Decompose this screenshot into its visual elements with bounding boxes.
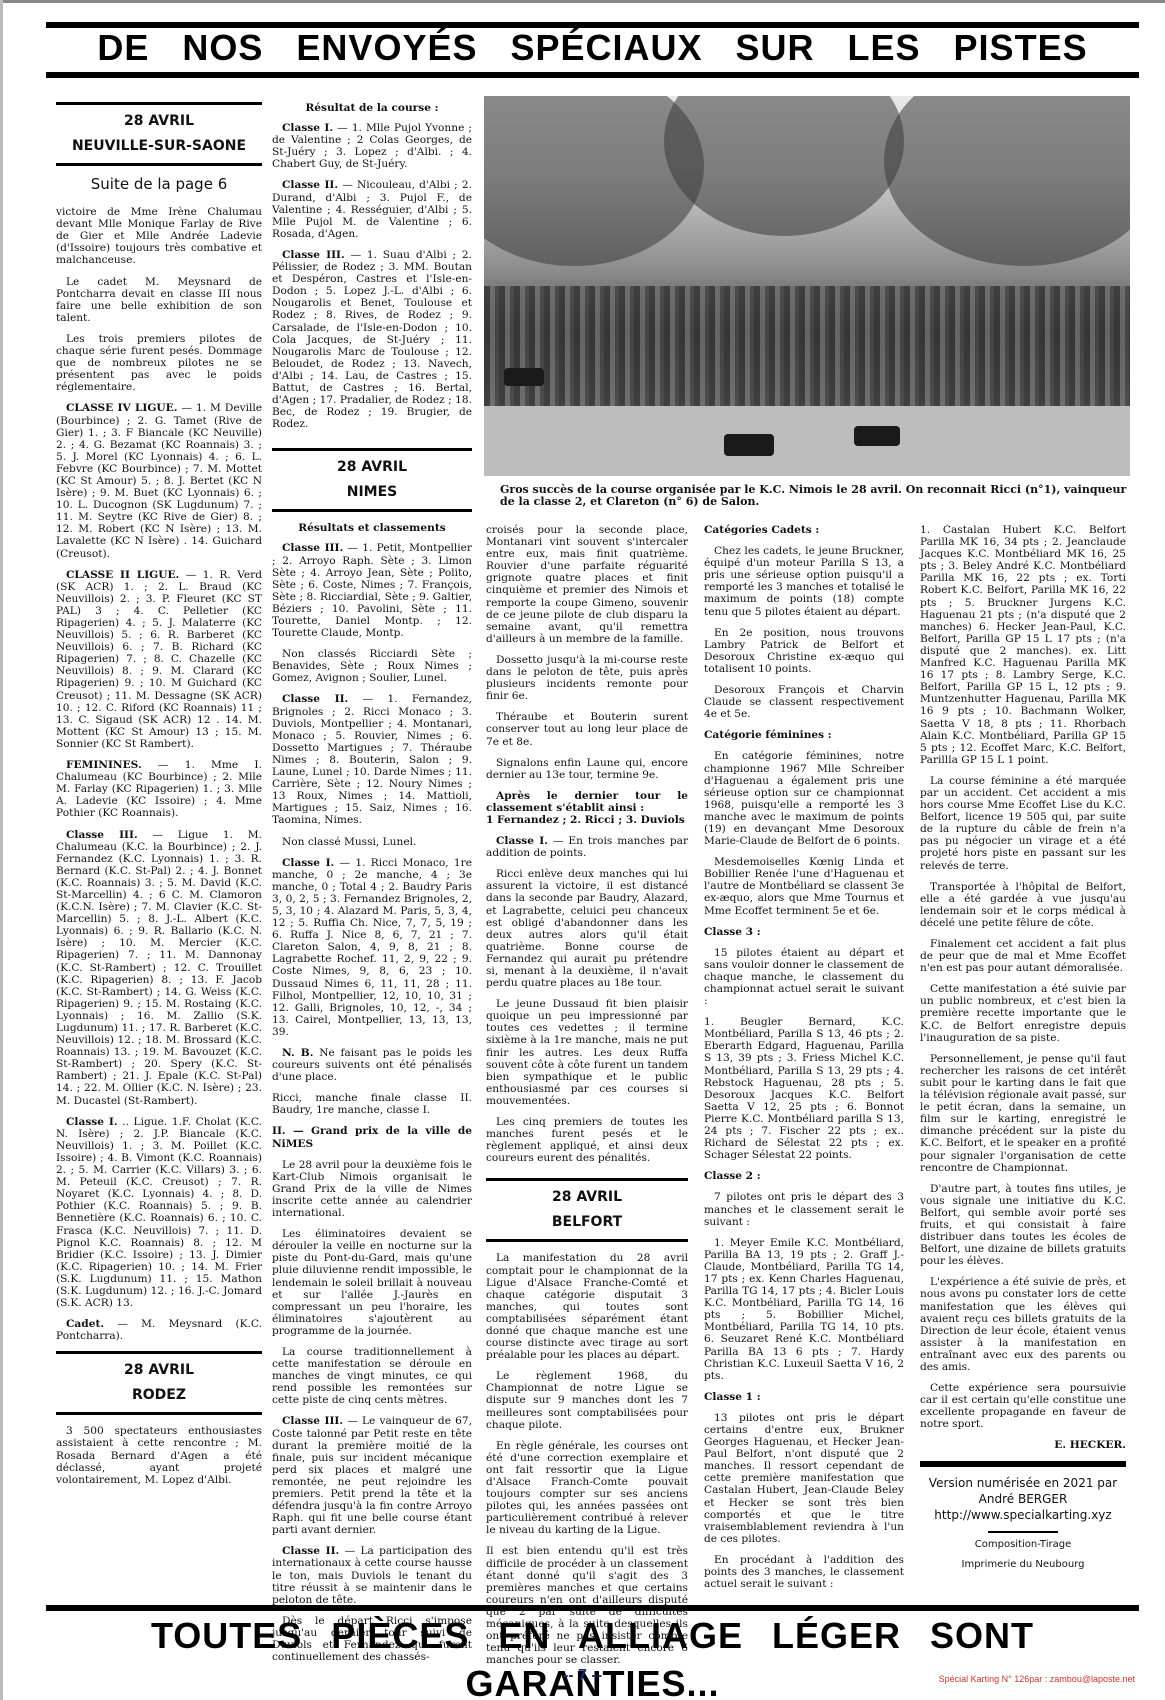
paragraph: 3 500 spectateurs enthousiastes assistai… bbox=[56, 1425, 262, 1485]
subheading-grand-prix: II. — Grand prix de la ville de NiMES bbox=[272, 1125, 472, 1149]
paragraph: Cette manifestation a été suivie par un … bbox=[920, 983, 1126, 1043]
track bbox=[484, 406, 1130, 476]
paragraph: En catégorie féminines, notre championne… bbox=[704, 750, 904, 847]
paragraph: victoire de Mme Irène Chalumau devant Ml… bbox=[56, 206, 262, 266]
kart bbox=[724, 434, 774, 456]
kart bbox=[504, 368, 544, 386]
results-classe-3: 1. Beugler Bernard, K.C. Montbéliard, Pa… bbox=[704, 1016, 904, 1161]
section-place: BELFORT bbox=[486, 1210, 688, 1235]
paragraph: Mesdemoiselles Kœnig Linda et Bobillier … bbox=[704, 856, 904, 916]
paragraph: 15 pilotes étaient au départ et sans vou… bbox=[704, 947, 904, 1007]
paragraph: Non classés Ricciardi Sète ; Benavides, … bbox=[272, 648, 472, 684]
results-feminines: FEMININES. — 1. Mme I. Chalumeau (KC Bou… bbox=[56, 759, 262, 819]
results-classe-1: 1. Castalan Hubert K.C. Belfort Parilla … bbox=[920, 524, 1126, 766]
paragraph: Classe III. — Le vainqueur de 67, Coste … bbox=[272, 1415, 472, 1536]
footer-note: Spécial Karting N° 126par : zambou@lapos… bbox=[939, 1674, 1135, 1684]
paragraph: Dossetto jusqu'à la mi-course reste dans… bbox=[486, 654, 688, 702]
paragraph: En 2e position, nous trouvons Lambry Pat… bbox=[704, 627, 904, 675]
subheading-classe-1: Classe 1 : bbox=[704, 1391, 904, 1403]
subheading-feminines: Catégorie féminines : bbox=[704, 729, 904, 741]
paragraph: Ricci, manche finale classe II. Baudry, … bbox=[272, 1092, 472, 1116]
paragraph: Après le dernier tour le classement s'ét… bbox=[486, 790, 688, 814]
paragraph: D'autre part, à toutes fins utiles, je v… bbox=[920, 1183, 1126, 1268]
paragraph: 7 pilotes ont pris le départ des 3 manch… bbox=[704, 1191, 904, 1227]
paragraph: La course féminine a été marquée par un … bbox=[920, 775, 1126, 872]
results-nimes-classe-ii: Classe II. — 1. Fernandez, Brignoles ; 2… bbox=[272, 693, 472, 826]
results-classe-i: Classe I. .. Ligue. 1.F. Cholat (K.C. N.… bbox=[56, 1116, 262, 1310]
section-place: RODEZ bbox=[56, 1383, 262, 1408]
paragraph: En règle générale, les courses ont été d… bbox=[486, 1440, 688, 1537]
paragraph: 13 pilotes ont pris le départ certains d… bbox=[704, 1412, 904, 1545]
divider bbox=[988, 1531, 1058, 1533]
page-title: DE NOS ENVOYÉS SPÉCIAUX SUR LES PISTES bbox=[46, 24, 1139, 72]
section-date: 28 AVRIL bbox=[56, 1358, 262, 1383]
column-5: 1. Castalan Hubert K.C. Belfort Parilla … bbox=[920, 524, 1126, 1575]
results-cadet: Cadet. — M. Meysnard (K.C. Pontcharra). bbox=[56, 1318, 262, 1342]
printer-name: Imprimerie du Neubourg bbox=[920, 1555, 1126, 1575]
results-classe-iv: CLASSE IV LIGUE. — 1. M Deville (Bourbin… bbox=[56, 402, 262, 559]
paragraph: En procédant à l'addition des points des… bbox=[704, 1554, 904, 1590]
paragraph: Chez les cadets, le jeune Bruckner, équi… bbox=[704, 545, 904, 618]
paragraph: Cette expérience sera poursuivie car il … bbox=[920, 1382, 1126, 1430]
paragraph: Non classé Mussi, Lunel. bbox=[272, 836, 472, 848]
note: N. B. Ne faisant pas le poids les coureu… bbox=[272, 1047, 472, 1083]
paragraph: Signalons enfin Laune qui, encore dernie… bbox=[486, 757, 688, 781]
page-frame-top bbox=[0, 0, 1165, 3]
results-nimes-classe-i: Classe I. — 1. Ricci Monaco, 1re manche,… bbox=[272, 857, 472, 1038]
results-classe-2: 1. Meyer Emile K.C. Montbéliard, Parilla… bbox=[704, 1237, 904, 1382]
paragraph: Classe II. — La participation des intern… bbox=[272, 1545, 472, 1605]
paragraph: Théraube et Bouterin surent conserver to… bbox=[486, 711, 688, 747]
printer-credit: Composition-Tirage bbox=[920, 1535, 1126, 1555]
footer-rule bbox=[46, 1605, 1139, 1611]
paragraph: Le cadet M. Meysnard de Pontcharra devai… bbox=[56, 276, 262, 324]
paragraph: Personnellement, je pense qu'il faut rec… bbox=[920, 1053, 1126, 1174]
section-heading-nimes: 28 AVRIL NIMES bbox=[272, 448, 472, 512]
credit-author: André BERGER bbox=[920, 1491, 1126, 1507]
paragraph: Les trois premiers pilotes de chaque sér… bbox=[56, 333, 262, 393]
section-heading-rodez: 28 AVRIL RODEZ bbox=[56, 1351, 262, 1415]
paragraph: Les cinq premiers de toutes les manches … bbox=[486, 1116, 688, 1164]
results-classe-ii: CLASSE II LIGUE. — 1. R. Verd (SK ACR) 1… bbox=[56, 569, 262, 750]
paragraph: Classe I. — En trois manches par additio… bbox=[486, 835, 688, 859]
paragraph: Le jeune Dussaud fit bien plaisir quoiqu… bbox=[486, 998, 688, 1107]
paragraph: L'expérience a été suivie de près, et no… bbox=[920, 1276, 1126, 1373]
race-photo bbox=[484, 96, 1130, 476]
tree-shape bbox=[884, 96, 1130, 266]
column-2: Résultat de la course : Classe I. — 1. M… bbox=[272, 96, 472, 1672]
paragraph: croisés pour la seconde place, Montanari… bbox=[486, 524, 688, 645]
author-signature: E. HECKER. bbox=[920, 1439, 1126, 1451]
crowd bbox=[484, 286, 1130, 406]
column-1: 28 AVRIL NEUVILLE-SUR-SAONE Suite de la … bbox=[56, 96, 262, 1495]
section-date: 28 AVRIL bbox=[56, 109, 262, 134]
subheading-classe-2: Classe 2 : bbox=[704, 1170, 904, 1182]
results-title: Résultats et classements bbox=[272, 522, 472, 534]
section-heading-belfort: 28 AVRIL BELFORT bbox=[486, 1178, 688, 1242]
paragraph: La course traditionnellement à cette man… bbox=[272, 1346, 472, 1406]
results-rodez-classe-i: Classe I. — 1. Mlle Pujol Yvonne ; de Va… bbox=[272, 122, 472, 170]
subheading-cadets: Catégories Cadets : bbox=[704, 524, 904, 536]
section-place: NEUVILLE-SUR-SAONE bbox=[56, 134, 262, 159]
section-date: 28 AVRIL bbox=[272, 455, 472, 480]
photo-caption: Gros succès de la course organisée par l… bbox=[500, 484, 1130, 508]
paragraph: Transportée à l'hôpital de Belfort, elle… bbox=[920, 881, 1126, 929]
paragraph: Les éliminatoires devaient se dérouler l… bbox=[272, 1228, 472, 1337]
column-4: Catégories Cadets : Chez les cadets, le … bbox=[704, 524, 904, 1599]
section-heading-neuville: 28 AVRIL NEUVILLE-SUR-SAONE bbox=[56, 102, 262, 166]
column-3: croisés pour la seconde place, Montanari… bbox=[486, 524, 688, 1675]
paragraph: Desoroux François et Charvin Claude se c… bbox=[704, 684, 904, 720]
results-nimes-classe-iii: Classe III. — 1. Petit, Montpellier ; 2.… bbox=[272, 542, 472, 639]
header-rule-bottom bbox=[46, 72, 1139, 78]
section-place: NIMES bbox=[272, 480, 472, 505]
kart bbox=[854, 426, 900, 446]
paragraph: Le 28 avril pour la deuxième fois le Kar… bbox=[272, 1159, 472, 1219]
tree-shape bbox=[664, 96, 904, 236]
results-rodez-classe-iii: Classe III. — 1. Suau d'Albi ; 2. Péliss… bbox=[272, 249, 472, 430]
credit-url[interactable]: http://www.specialkarting.xyz bbox=[920, 1507, 1126, 1523]
section-date: 28 AVRIL bbox=[486, 1185, 688, 1210]
continued-note: Suite de la page 6 bbox=[56, 178, 262, 190]
paragraph: Ricci enlève deux manches qui lui assure… bbox=[486, 868, 688, 989]
paragraph: Le règlement 1968, du Championnat de not… bbox=[486, 1370, 688, 1430]
paragraph: 1 Fernandez ; 2. Ricci ; 3. Duviols bbox=[486, 814, 688, 826]
credit-line: Version numérisée en 2021 par bbox=[920, 1475, 1126, 1491]
footer-slogan: TOUTES PIÈCES EN ALLIAGE LÉGER SONT GARA… bbox=[46, 1612, 1139, 1700]
subheading-classe-3: Classe 3 : bbox=[704, 926, 904, 938]
paragraph: La manifestation du 28 avril comptait po… bbox=[486, 1252, 688, 1361]
results-classe-iii: Classe III. — Ligue 1. M. Chalumeau (K.C… bbox=[56, 829, 262, 1107]
results-title: Résultat de la course : bbox=[272, 102, 472, 114]
page-frame-left bbox=[0, 0, 3, 1700]
paragraph: Finalement cet accident a fait plus de p… bbox=[920, 938, 1126, 974]
divider bbox=[920, 1461, 1126, 1467]
results-rodez-classe-ii: Classe II. — Nicouleau, d'Albi ; 2. Dura… bbox=[272, 179, 472, 239]
